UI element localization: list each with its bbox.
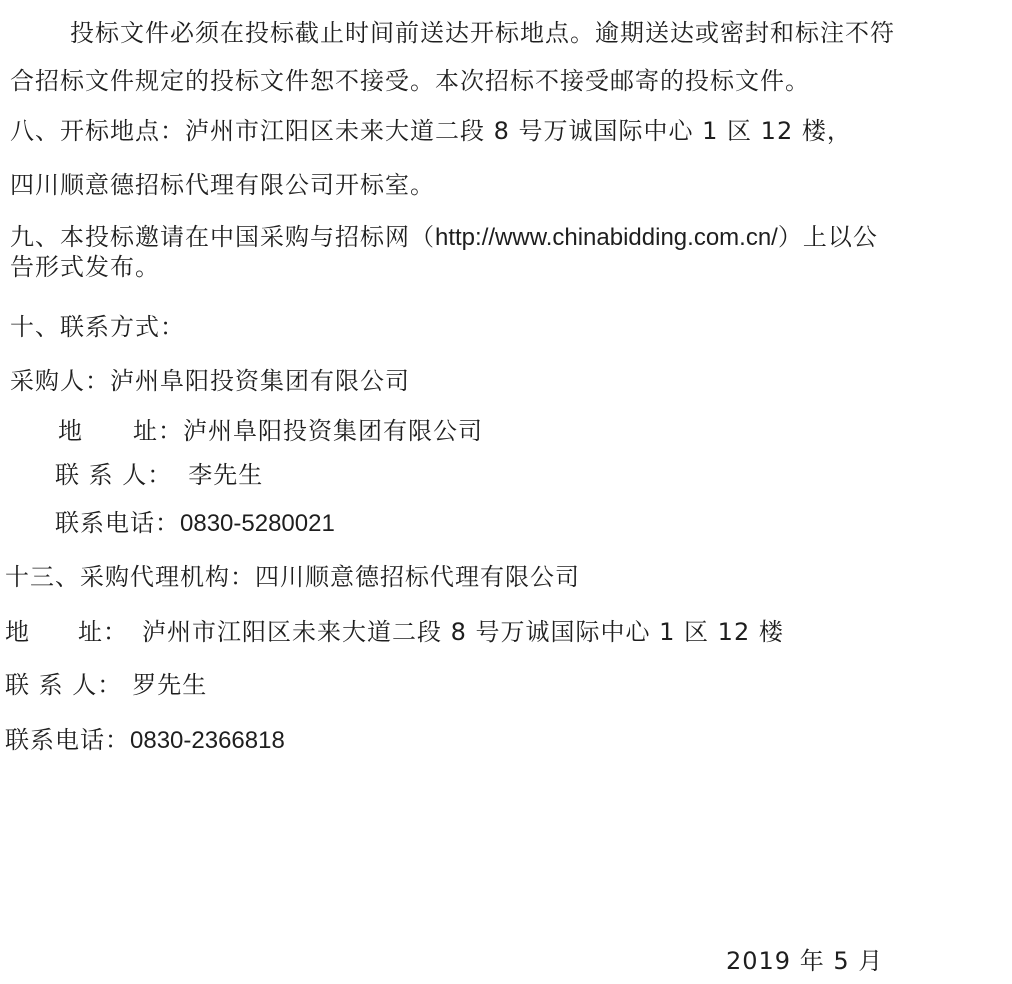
section-9-publication: 九、本投标邀请在中国采购与招标网（http://www.chinabidding…	[10, 222, 878, 253]
agency-phone-row: 联系电话：0830-2366818	[5, 725, 285, 756]
purchaser-address-row: 地址：泸州阜阳投资集团有限公司	[58, 416, 483, 446]
section-9-prefix: 九、本投标邀请在中国采购与招标网（	[10, 223, 435, 251]
document-date: 2019 年 5 月	[726, 946, 883, 976]
address-label-char-1: 地	[5, 618, 30, 646]
section-10-heading: 十、联系方式：	[10, 312, 185, 342]
purchaser-phone: 0830-5280021	[180, 510, 335, 537]
agency-phone: 0830-2366818	[130, 727, 285, 754]
purchaser-address: 泸州阜阳投资集团有限公司	[183, 417, 483, 445]
section-13-row: 十三、采购代理机构：四川顺意德招标代理有限公司	[5, 562, 580, 592]
purchaser-name: 泸州阜阳投资集团有限公司	[110, 367, 410, 395]
purchaser-phone-row: 联系电话：0830-5280021	[55, 508, 335, 539]
section-8-opening-location: 八、开标地点：泸州市江阳区未来大道二段 8 号万诚国际中心 1 区 12 楼，	[10, 116, 852, 146]
submission-paragraph-line-1: 投标文件必须在投标截止时间前送达开标地点。逾期送达或密封和标注不符	[70, 18, 895, 48]
agency-contact-row: 联 系 人：罗先生	[5, 670, 207, 700]
phone-label: 联系电话：	[55, 509, 180, 537]
section-9-suffix: ）上以公	[778, 223, 878, 251]
agency-name: 四川顺意德招标代理有限公司	[255, 563, 580, 591]
agency-address: 泸州市江阳区未来大道二段 8 号万诚国际中心 1 区 12 楼	[142, 618, 784, 646]
purchaser-contact: 李先生	[188, 461, 263, 489]
section-8-label: 八、开标地点：	[10, 117, 185, 145]
contact-label: 联 系 人：	[55, 461, 172, 489]
agency-address-row: 地址：泸州市江阳区未来大道二段 8 号万诚国际中心 1 区 12 楼	[5, 617, 784, 647]
section-9-line-2: 告形式发布。	[10, 252, 160, 282]
agency-contact: 罗先生	[132, 671, 207, 699]
purchaser-row: 采购人：泸州阜阳投资集团有限公司	[10, 366, 410, 396]
contact-label: 联 系 人：	[5, 671, 122, 699]
section-8-address-line-2: 四川顺意德招标代理有限公司开标室。	[10, 170, 435, 200]
address-label-char-2: 址：	[78, 618, 128, 646]
chinabidding-link[interactable]: http://www.chinabidding.com.cn/	[435, 224, 778, 251]
address-label-char-1: 地	[58, 417, 83, 445]
phone-label: 联系电话：	[5, 726, 130, 754]
purchaser-contact-row: 联 系 人：李先生	[55, 460, 263, 490]
section-8-address: 泸州市江阳区未来大道二段 8 号万诚国际中心 1 区 12 楼，	[185, 117, 852, 145]
submission-paragraph-line-2: 合招标文件规定的投标文件恕不接受。本次招标不接受邮寄的投标文件。	[10, 66, 810, 96]
section-13-heading: 十三、采购代理机构：	[5, 563, 255, 591]
address-label-char-2: 址：	[133, 417, 183, 445]
purchaser-label: 采购人：	[10, 367, 110, 395]
